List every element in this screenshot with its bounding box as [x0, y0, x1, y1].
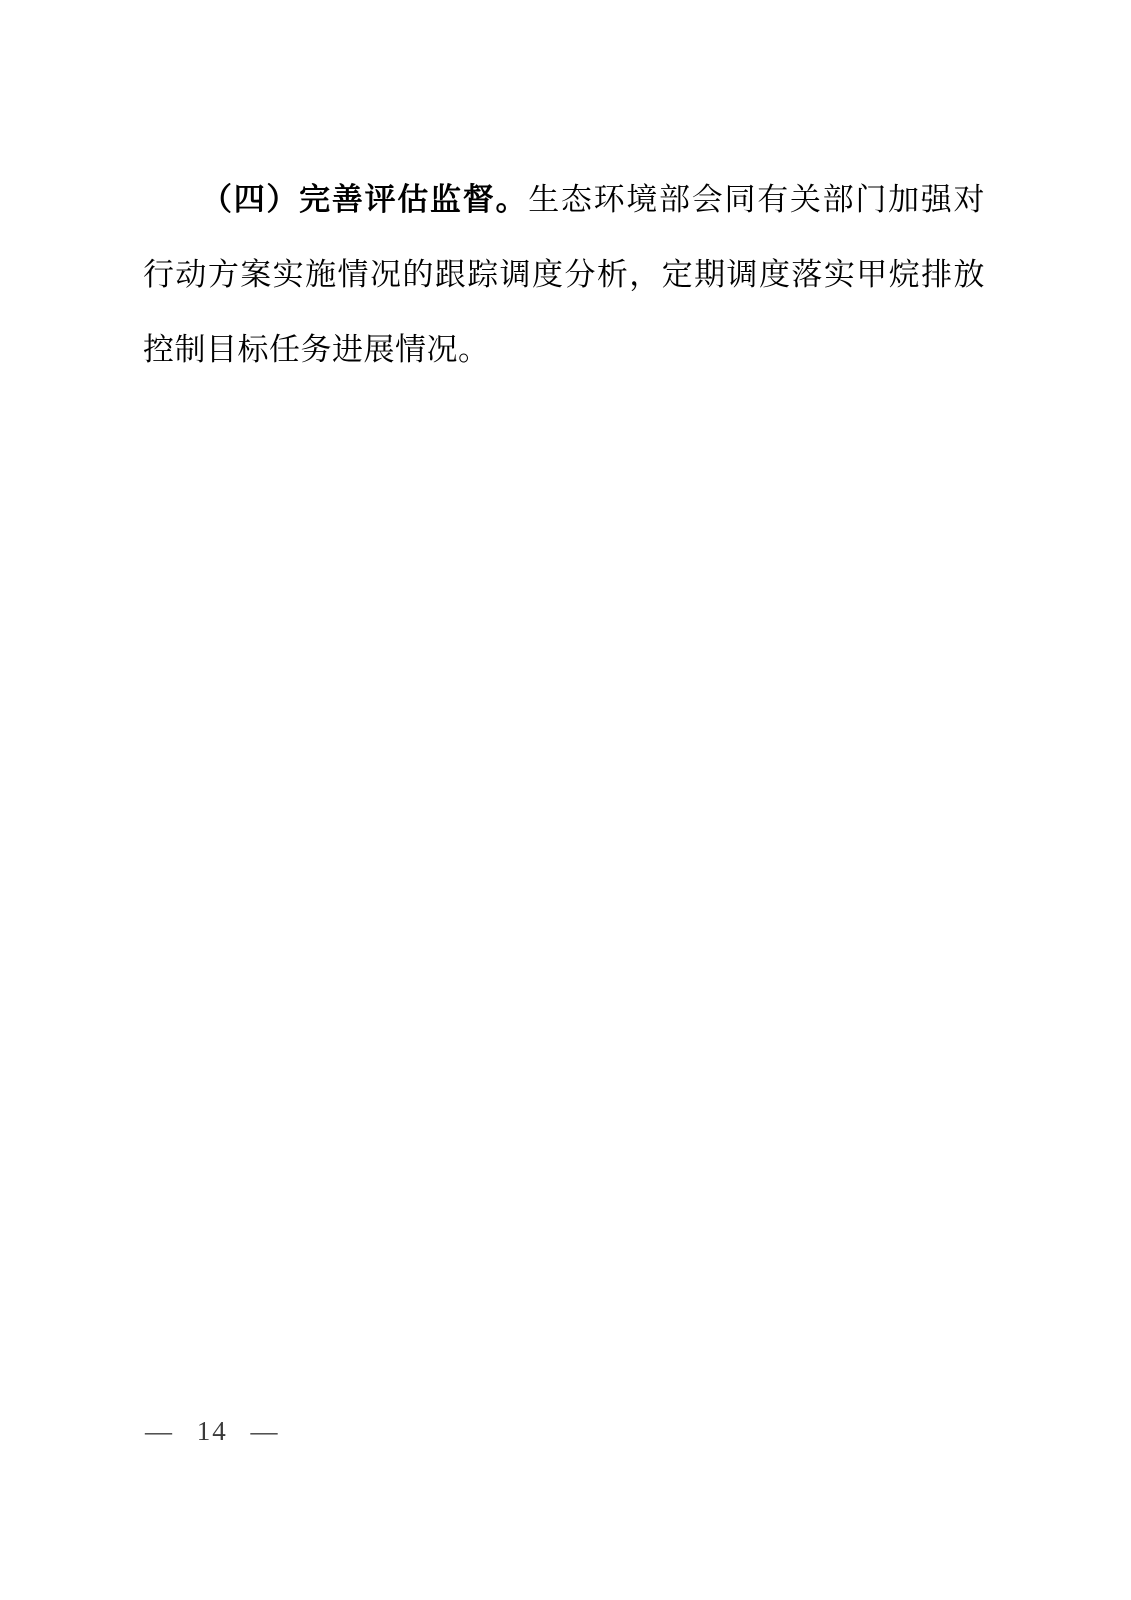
paragraph-heading: （四）完善评估监督。 [201, 182, 528, 217]
paragraph: （四）完善评估监督。生态环境部会同有关部门加强对行动方案实施情况的跟踪调度分析，… [143, 162, 985, 387]
document-page: （四）完善评估监督。生态环境部会同有关部门加强对行动方案实施情况的跟踪调度分析，… [0, 0, 1131, 1600]
document-body: （四）完善评估监督。生态环境部会同有关部门加强对行动方案实施情况的跟踪调度分析，… [143, 162, 985, 387]
page-number: — 14 — [145, 1416, 280, 1447]
